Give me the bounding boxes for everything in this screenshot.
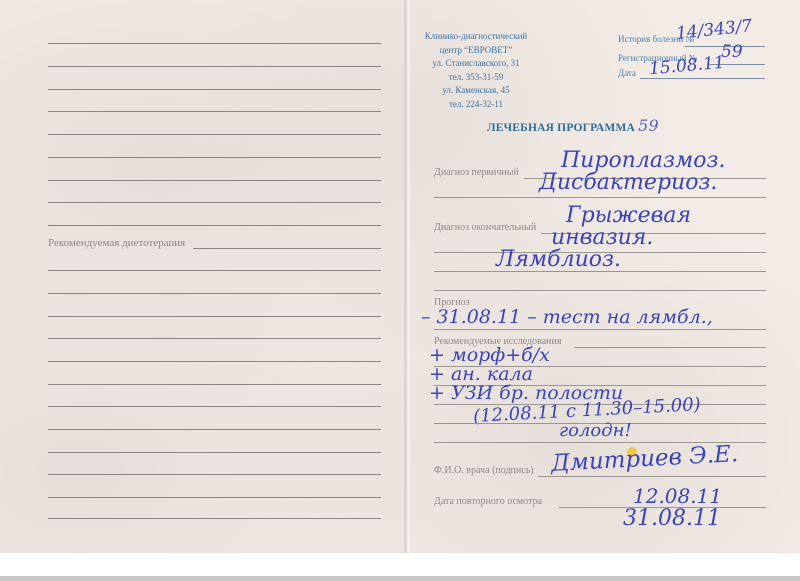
clinic-address-2: ул. Каменская, 45 xyxy=(411,84,541,98)
clinic-header: Клинико-диагностический центр “ЕВРОВЕТ” … xyxy=(411,30,541,111)
scanned-document: Рекомендуемая диетотерапия Клинико-диагн… xyxy=(0,0,800,553)
ruled-line xyxy=(434,271,766,272)
ruled-line xyxy=(48,225,381,226)
title-label: ЛЕЧЕБНАЯ ПРОГРАММА xyxy=(487,122,635,134)
ruled-line xyxy=(48,270,381,271)
scan-edge xyxy=(0,576,800,581)
final-diagnosis-label: Диагноз окончательный xyxy=(434,222,536,233)
ruled-line xyxy=(48,202,381,203)
ruled-line xyxy=(48,497,381,498)
clinic-name: центр “ЕВРОВЕТ” xyxy=(411,44,541,58)
study-item: голодн! xyxy=(559,420,632,441)
clinic-phone-1: тел. 353-31-59 xyxy=(411,71,541,85)
final-diagnosis-value-3: Лямблиоз. xyxy=(496,247,621,272)
clinic-address-1: ул. Станиславского, 31 xyxy=(411,57,541,71)
ruled-line xyxy=(48,452,381,453)
clinic-line: Клинико-диагностический xyxy=(411,30,541,44)
ruled-line xyxy=(48,89,381,90)
ruled-line xyxy=(48,157,381,158)
ruled-line xyxy=(434,197,766,198)
revisit-date-1: 12.08.11 xyxy=(633,484,722,508)
clinic-phone-2: тел. 224-32-11 xyxy=(411,98,541,112)
primary-diagnosis-value-2: Дисбактериоз. xyxy=(539,170,717,195)
case-history-value: 14/343/7 xyxy=(675,16,753,44)
revisit-date-2: 31.08.11 xyxy=(623,506,721,531)
doctor-label: Ф.И.О. врача (подпись) xyxy=(434,465,534,476)
revisit-label: Дата повторного осмотра xyxy=(434,496,542,507)
prognosis-value: – 31.08.11 – тест на лямбл., xyxy=(421,306,713,328)
ruled-line xyxy=(48,429,381,430)
page-fold xyxy=(403,0,411,553)
diet-therapy-line xyxy=(193,248,381,249)
ruled-line xyxy=(48,518,381,519)
title-number: 59 xyxy=(638,116,659,135)
ruled-line xyxy=(48,66,381,67)
ruled-line xyxy=(434,290,766,291)
page-title: ЛЕЧЕБНАЯ ПРОГРАММА 59 xyxy=(487,116,659,135)
ruled-line xyxy=(434,329,766,330)
ruled-line xyxy=(48,316,381,317)
date-label: Дата xyxy=(618,68,636,78)
left-page: Рекомендуемая диетотерапия xyxy=(0,0,403,553)
ruled-line xyxy=(48,474,381,475)
ruled-line xyxy=(48,43,381,44)
doctor-signature: Дмитриев Э.Е. xyxy=(550,441,738,477)
studies-line xyxy=(574,347,766,348)
ruled-line xyxy=(48,111,381,112)
ruled-line xyxy=(48,361,381,362)
diet-therapy-label: Рекомендуемая диетотерапия xyxy=(48,237,185,249)
ruled-line xyxy=(48,134,381,135)
ruled-line xyxy=(48,338,381,339)
ruled-line xyxy=(48,180,381,181)
ruled-line xyxy=(48,406,381,407)
doctor-line xyxy=(538,476,766,477)
right-page: Клинико-диагностический центр “ЕВРОВЕТ” … xyxy=(411,0,800,553)
ruled-line xyxy=(48,293,381,294)
ruled-line xyxy=(48,384,381,385)
primary-diagnosis-label: Диагноз первичный xyxy=(434,167,519,178)
